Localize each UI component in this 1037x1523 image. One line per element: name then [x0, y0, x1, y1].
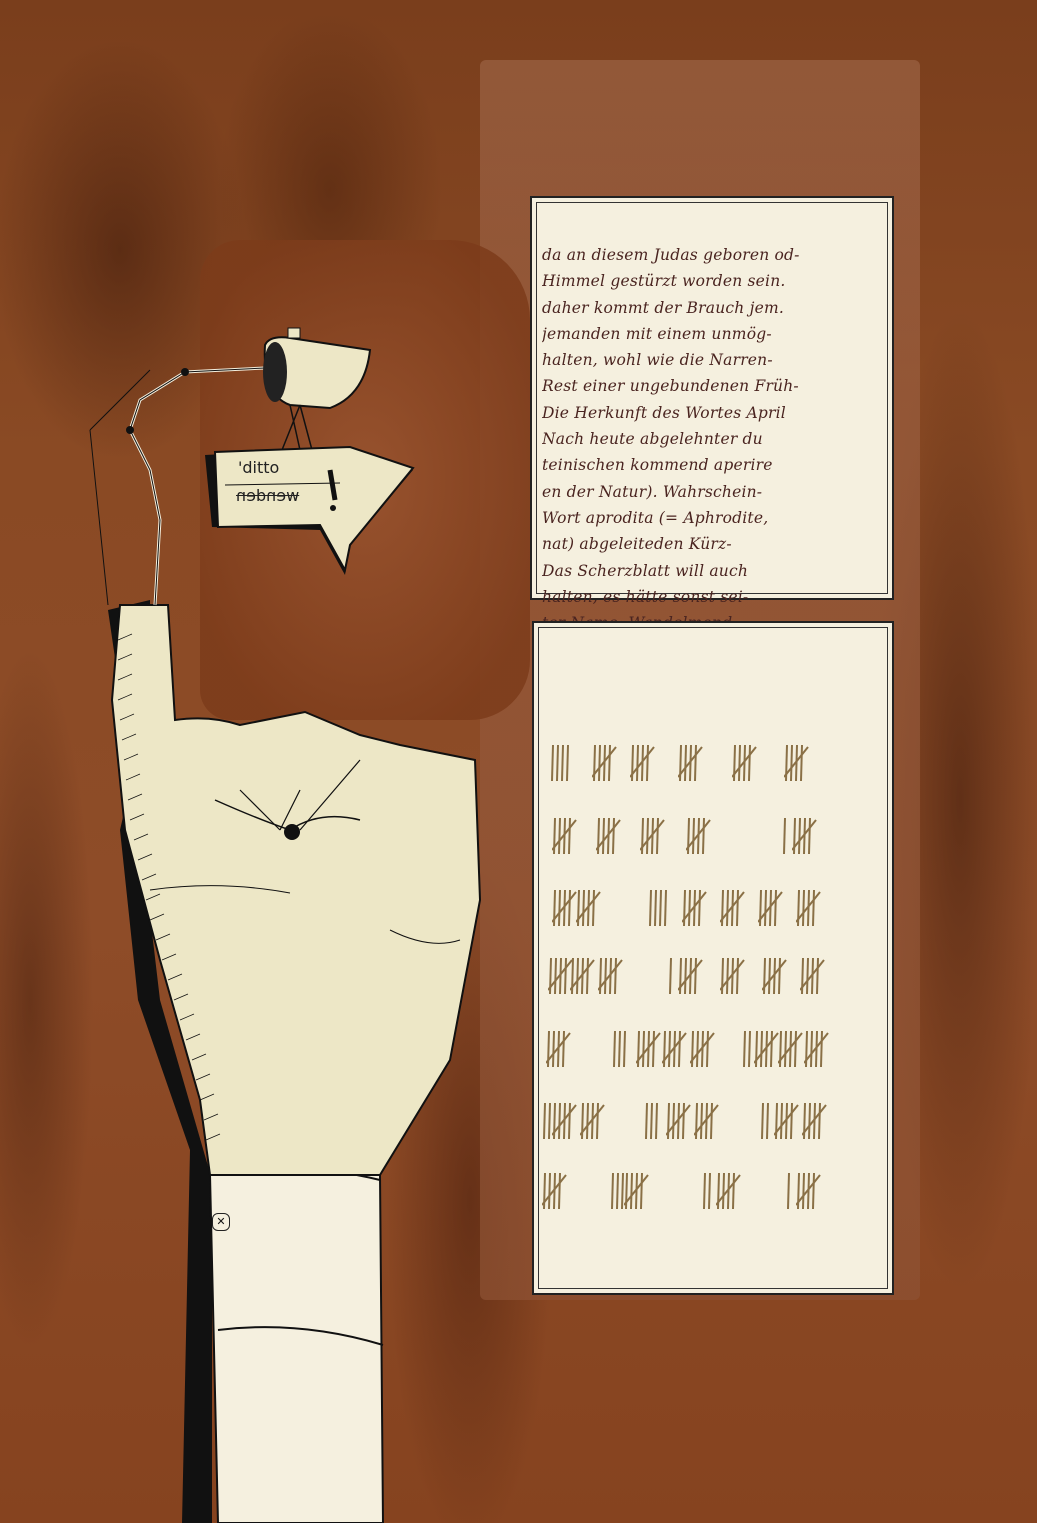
tally-group: [802, 1101, 836, 1141]
tally-row: [540, 743, 882, 783]
tally-group: [678, 743, 712, 783]
tally-group: [784, 743, 818, 783]
tally-group: [546, 1029, 580, 1069]
handwritten-line: en der Natur). Wahrschein-: [542, 479, 884, 505]
tally-group: [598, 956, 632, 996]
handwritten-line: Himmel gestürzt worden sein.: [542, 268, 884, 294]
tally-group: [732, 743, 766, 783]
tally-row: [540, 1171, 882, 1211]
tally-group: [716, 1171, 750, 1211]
tally-row: [540, 1101, 882, 1141]
tally-group: [800, 956, 834, 996]
tally-group: [762, 956, 796, 996]
tally-group: [796, 888, 830, 928]
tally-group: [640, 816, 674, 856]
handwritten-line: da an diesem Judas geboren od-: [542, 242, 884, 268]
tally-row: [540, 1029, 882, 1069]
handwritten-line: halten, es hätte sonst sei-: [542, 584, 884, 610]
tally-group: [682, 888, 716, 928]
handwritten-text-panel: da an diesem Judas geboren od-Himmel ges…: [530, 196, 894, 600]
tally-group: [792, 816, 826, 856]
artwork-canvas: da an diesem Judas geboren od-Himmel ges…: [0, 0, 1037, 1523]
handwritten-line: Wort aprodita (= Aphrodite,: [542, 505, 884, 531]
tally-marks-panel: [532, 621, 894, 1295]
tally-group: [694, 1101, 728, 1141]
handwritten-text: da an diesem Judas geboren od-Himmel ges…: [542, 242, 884, 636]
tally-group: [678, 956, 712, 996]
tally-group: [552, 816, 586, 856]
mid-wash-blot: [200, 240, 530, 720]
tally-group: [758, 888, 792, 928]
tally-group: [804, 1029, 838, 1069]
tally-group: [624, 1171, 658, 1211]
tally-group: [648, 888, 682, 928]
tally-group: [630, 743, 664, 783]
handwritten-line: Das Scherzblatt will auch: [542, 558, 884, 584]
cuff-button-icon: ✕: [212, 1213, 230, 1231]
tally-row: [540, 956, 882, 996]
tally-group: [550, 743, 584, 783]
tally-group: [720, 888, 754, 928]
tally-group: [580, 1101, 614, 1141]
tally-group: [592, 743, 626, 783]
handwritten-line: Nach heute abgelehnter du: [542, 426, 884, 452]
tally-group: [686, 816, 720, 856]
sign-text-ditto: 'ditto: [238, 458, 279, 477]
sign-text-wenden-mirrored: wenden: [236, 486, 299, 505]
handwritten-line: daher kommt der Brauch jem.: [542, 295, 884, 321]
tally-group: [720, 956, 754, 996]
tally-group: [596, 816, 630, 856]
tally-row: [540, 888, 882, 928]
tally-group: [796, 1171, 830, 1211]
tally-group: [690, 1029, 724, 1069]
handwritten-line: Rest einer ungebundenen Früh-: [542, 373, 884, 399]
handwritten-line: Die Herkunft des Wortes April: [542, 400, 884, 426]
handwritten-line: teinischen kommend aperire: [542, 452, 884, 478]
tally-group: [542, 1171, 576, 1211]
tally-group: [576, 888, 610, 928]
handwritten-line: halten, wohl wie die Narren-: [542, 347, 884, 373]
tally-row: [540, 816, 882, 856]
handwritten-line: jemanden mit einem unmög-: [542, 321, 884, 347]
handwritten-line: nat) abgeleiteden Kürz-: [542, 531, 884, 557]
